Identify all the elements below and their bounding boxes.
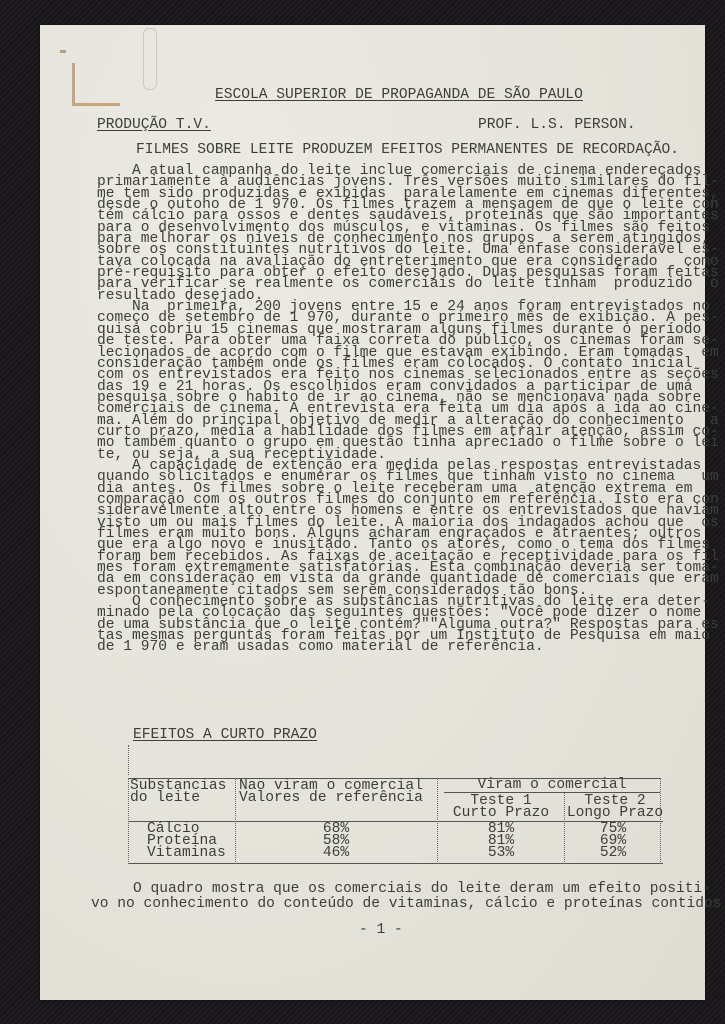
row-not-seen: 46% [236,848,436,859]
institution-header: ESCOLA SUPERIOR DE PROPAGANDA DE SÃO PAU… [215,90,583,101]
closing-line-1: O quadro mostra que os comerciais do lei… [133,884,711,895]
staple-stain-mark [72,63,120,106]
results-table: Substancias do leite Nao viram o comerci… [128,775,663,865]
stain-mark [60,50,66,53]
header-substance-2: do leite [130,793,200,804]
header-seen-group: Viram o comercial [444,780,660,791]
header-test1-2: Curto Prazo [438,808,564,819]
row-test1: 53% [438,848,564,859]
table-bottom-rule [128,863,663,864]
table-header-rule [128,821,663,822]
course-label: PRODUÇÃO T.V. [97,120,211,131]
page-number: - 1 - [359,925,403,936]
row-substance: Vitaminas [147,848,226,859]
table-left-margin-mark [128,745,129,775]
row-test2: 52% [565,848,661,859]
header-not-seen-2: Valores de referência [239,793,423,804]
header-test2-2: Longo Prazo [565,808,665,819]
document-title: FILMES SOBRE LEITE PRODUZEM EFEITOS PERM… [136,145,679,156]
body-line: de 1 970 e eram usadas como material de … [97,642,667,653]
professor-label: PROF. L.S. PERSON. [478,120,636,131]
body-text: A atual campanha do leite inclue comerci… [97,166,667,654]
paper-crease-mark [143,28,157,90]
table-col-divider [128,778,129,864]
section-heading: EFEITOS A CURTO PRAZO [133,730,317,741]
closing-line-2: vo no conhecimento do conteúdo de vitami… [91,899,722,910]
